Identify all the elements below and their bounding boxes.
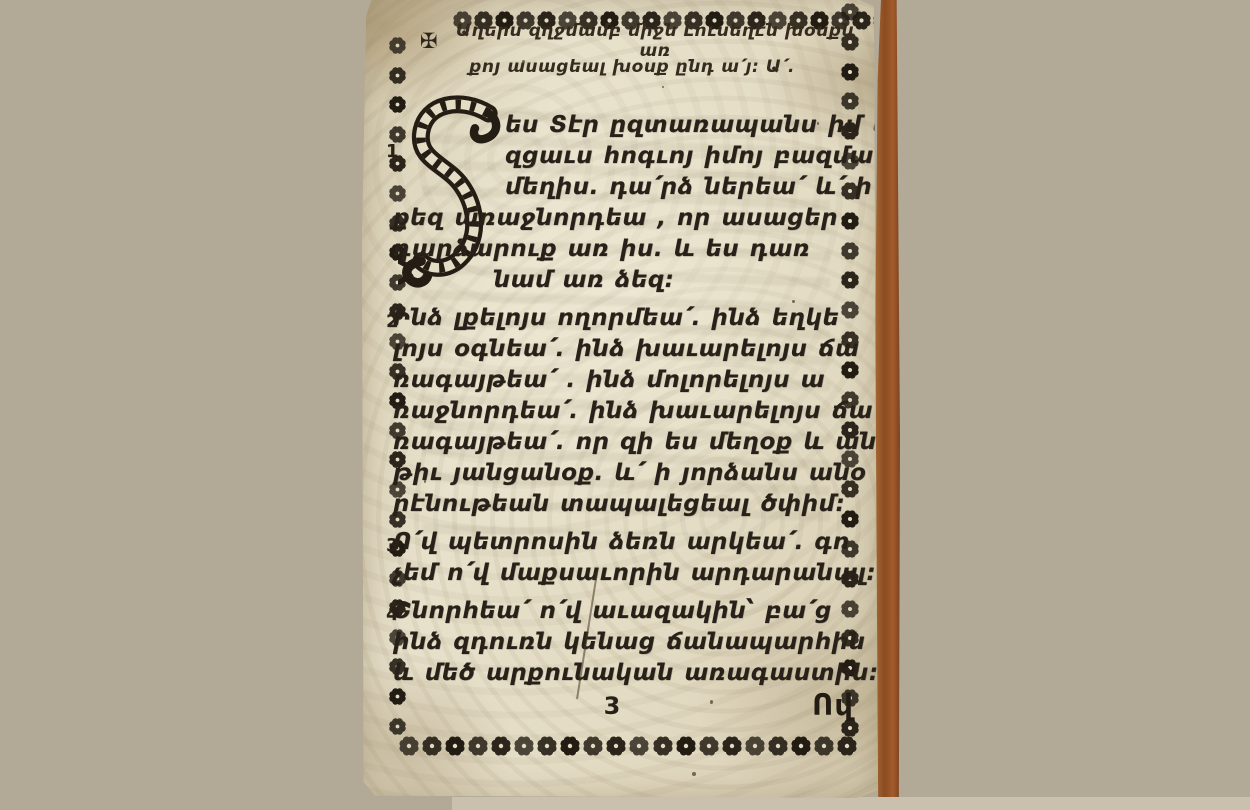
ornament-border-bottom <box>398 733 858 759</box>
rosette-icon <box>398 735 420 757</box>
verse-number: 3 <box>386 530 399 561</box>
verse-line: Շնորհեա՛ ո՛վ աւազակին՝ բա՛ց <box>393 596 865 627</box>
ink-speck <box>842 640 845 643</box>
rosette-icon <box>813 735 835 757</box>
bottom-band <box>452 797 1250 810</box>
catchword: Ով <box>792 688 854 722</box>
verse-line: ռագայթեա՛. որ զի ես մեղօք և ան <box>393 427 865 458</box>
ink-speck <box>792 300 795 303</box>
ink-speck <box>817 122 819 125</box>
maltese-cross-icon: ✠ <box>420 29 438 53</box>
photo-background: ✠ Աղերս զղջմամբ միջն Լուսեղէն խօսքն առ ք… <box>0 0 1250 810</box>
verse-line: նամ առ ձեզ։ <box>393 265 775 296</box>
verse-line: դարձարուք առ իս. և ես դառ <box>393 234 865 265</box>
verse-line: լոյս օգնեա՛. ինձ խաւարելոյս ճա <box>393 334 865 365</box>
rosette-icon <box>628 735 650 757</box>
ink-speck <box>522 60 525 63</box>
ink-speck <box>424 480 426 483</box>
ink-speck <box>692 772 696 776</box>
verse-line: րէնութեան տապալեցեալ ծփիմ։ <box>393 489 865 520</box>
rosette-icon <box>840 62 860 82</box>
verse-block: 2Ինձ լքելոյս ողորմեա՛. ինձ եղկելոյս օգնե… <box>393 303 865 520</box>
rosette-icon <box>388 66 407 85</box>
verse-line: ռագայթեա՛ . ինձ մոլորելոյս ա <box>393 365 865 396</box>
verse-block: 1ես Տէր ըզտառապանս իմ ևզցաւս հոգւոյ իմոյ… <box>393 110 865 296</box>
rosette-icon <box>605 735 627 757</box>
verse-line: զցաւս հոգւոյ իմոյ բազմա <box>505 141 865 172</box>
rosette-icon <box>467 735 489 757</box>
verse-line: Ինձ լքելոյս ողորմեա՛. ինձ եղկե <box>393 303 865 334</box>
ink-speck <box>710 700 713 704</box>
rosette-icon <box>444 735 466 757</box>
rosette-icon <box>836 735 858 757</box>
header-line-2: քոյ ասացեալ խօսք ընդ ա՛յ։ Ա՛. <box>457 57 807 77</box>
rosette-icon <box>721 735 743 757</box>
verse-block: 3Ո՛վ պետրոսին ձեռն արկեա՛. գոչեմ ո՛վ մաք… <box>393 527 865 589</box>
rosette-icon <box>840 91 860 111</box>
verse-line: ինձ զդուռն կենաց ճանապարհին <box>393 627 865 658</box>
rosette-icon <box>490 735 512 757</box>
rosette-icon <box>421 735 443 757</box>
verse-number: 4 <box>386 599 399 630</box>
rosette-icon <box>559 735 581 757</box>
verse-block: 4Շնորհեա՛ ո՛վ աւազակին՝ բա՛ցինձ զդուռն կ… <box>393 596 865 689</box>
rosette-icon <box>698 735 720 757</box>
header-title-text: Աղերս զղջմամբ միջն Լուսեղէն խօսքն առ <box>448 21 862 61</box>
verse-line: մեղիս. դա՛րձ ներեա՛ և՛ ի <box>505 172 865 203</box>
verse-line: և մեծ արքունական առագաստին։ <box>393 658 865 689</box>
rosette-icon <box>388 36 407 55</box>
rosette-icon <box>536 735 558 757</box>
page-number: 3 <box>582 692 642 720</box>
verse-list: 1ես Տէր ըզտառապանս իմ ևզցաւս հոգւոյ իմոյ… <box>393 110 865 696</box>
verse-number: 1 <box>386 136 399 167</box>
verse-line: թիւ յանցանօք. և՛ ի յորձանս անօ <box>393 458 865 489</box>
rosette-icon <box>744 735 766 757</box>
ink-speck <box>662 86 664 88</box>
rosette-icon <box>840 2 860 22</box>
rosette-icon <box>790 735 812 757</box>
verse-number: 2 <box>386 306 399 337</box>
verse-line: ես Տէր ըզտառապանս իմ և <box>505 110 865 141</box>
rosette-icon <box>582 735 604 757</box>
verse-line: Ո՛վ պետրոսին ձեռն արկեա՛. գո <box>393 527 865 558</box>
verse-line: ռաջնորդեա՛. ինձ խաւարելոյս ճա <box>393 396 865 427</box>
ink-speck <box>602 416 604 418</box>
rosette-icon <box>513 735 535 757</box>
rosette-icon <box>652 735 674 757</box>
header-line-1: ✠ Աղերս զղջմամբ միջն Լուսեղէն խօսքն առ <box>420 26 862 56</box>
manuscript-page: ✠ Աղերս զղջմամբ միջն Լուսեղէն խօսքն առ ք… <box>362 0 878 798</box>
verse-line: քեզ առաջնորդեա , որ ասացեր <box>393 203 865 234</box>
verse-line: չեմ ո՛վ մաքսաւորին արդարանալ։ <box>393 558 865 589</box>
rosette-icon <box>675 735 697 757</box>
rosette-icon <box>767 735 789 757</box>
